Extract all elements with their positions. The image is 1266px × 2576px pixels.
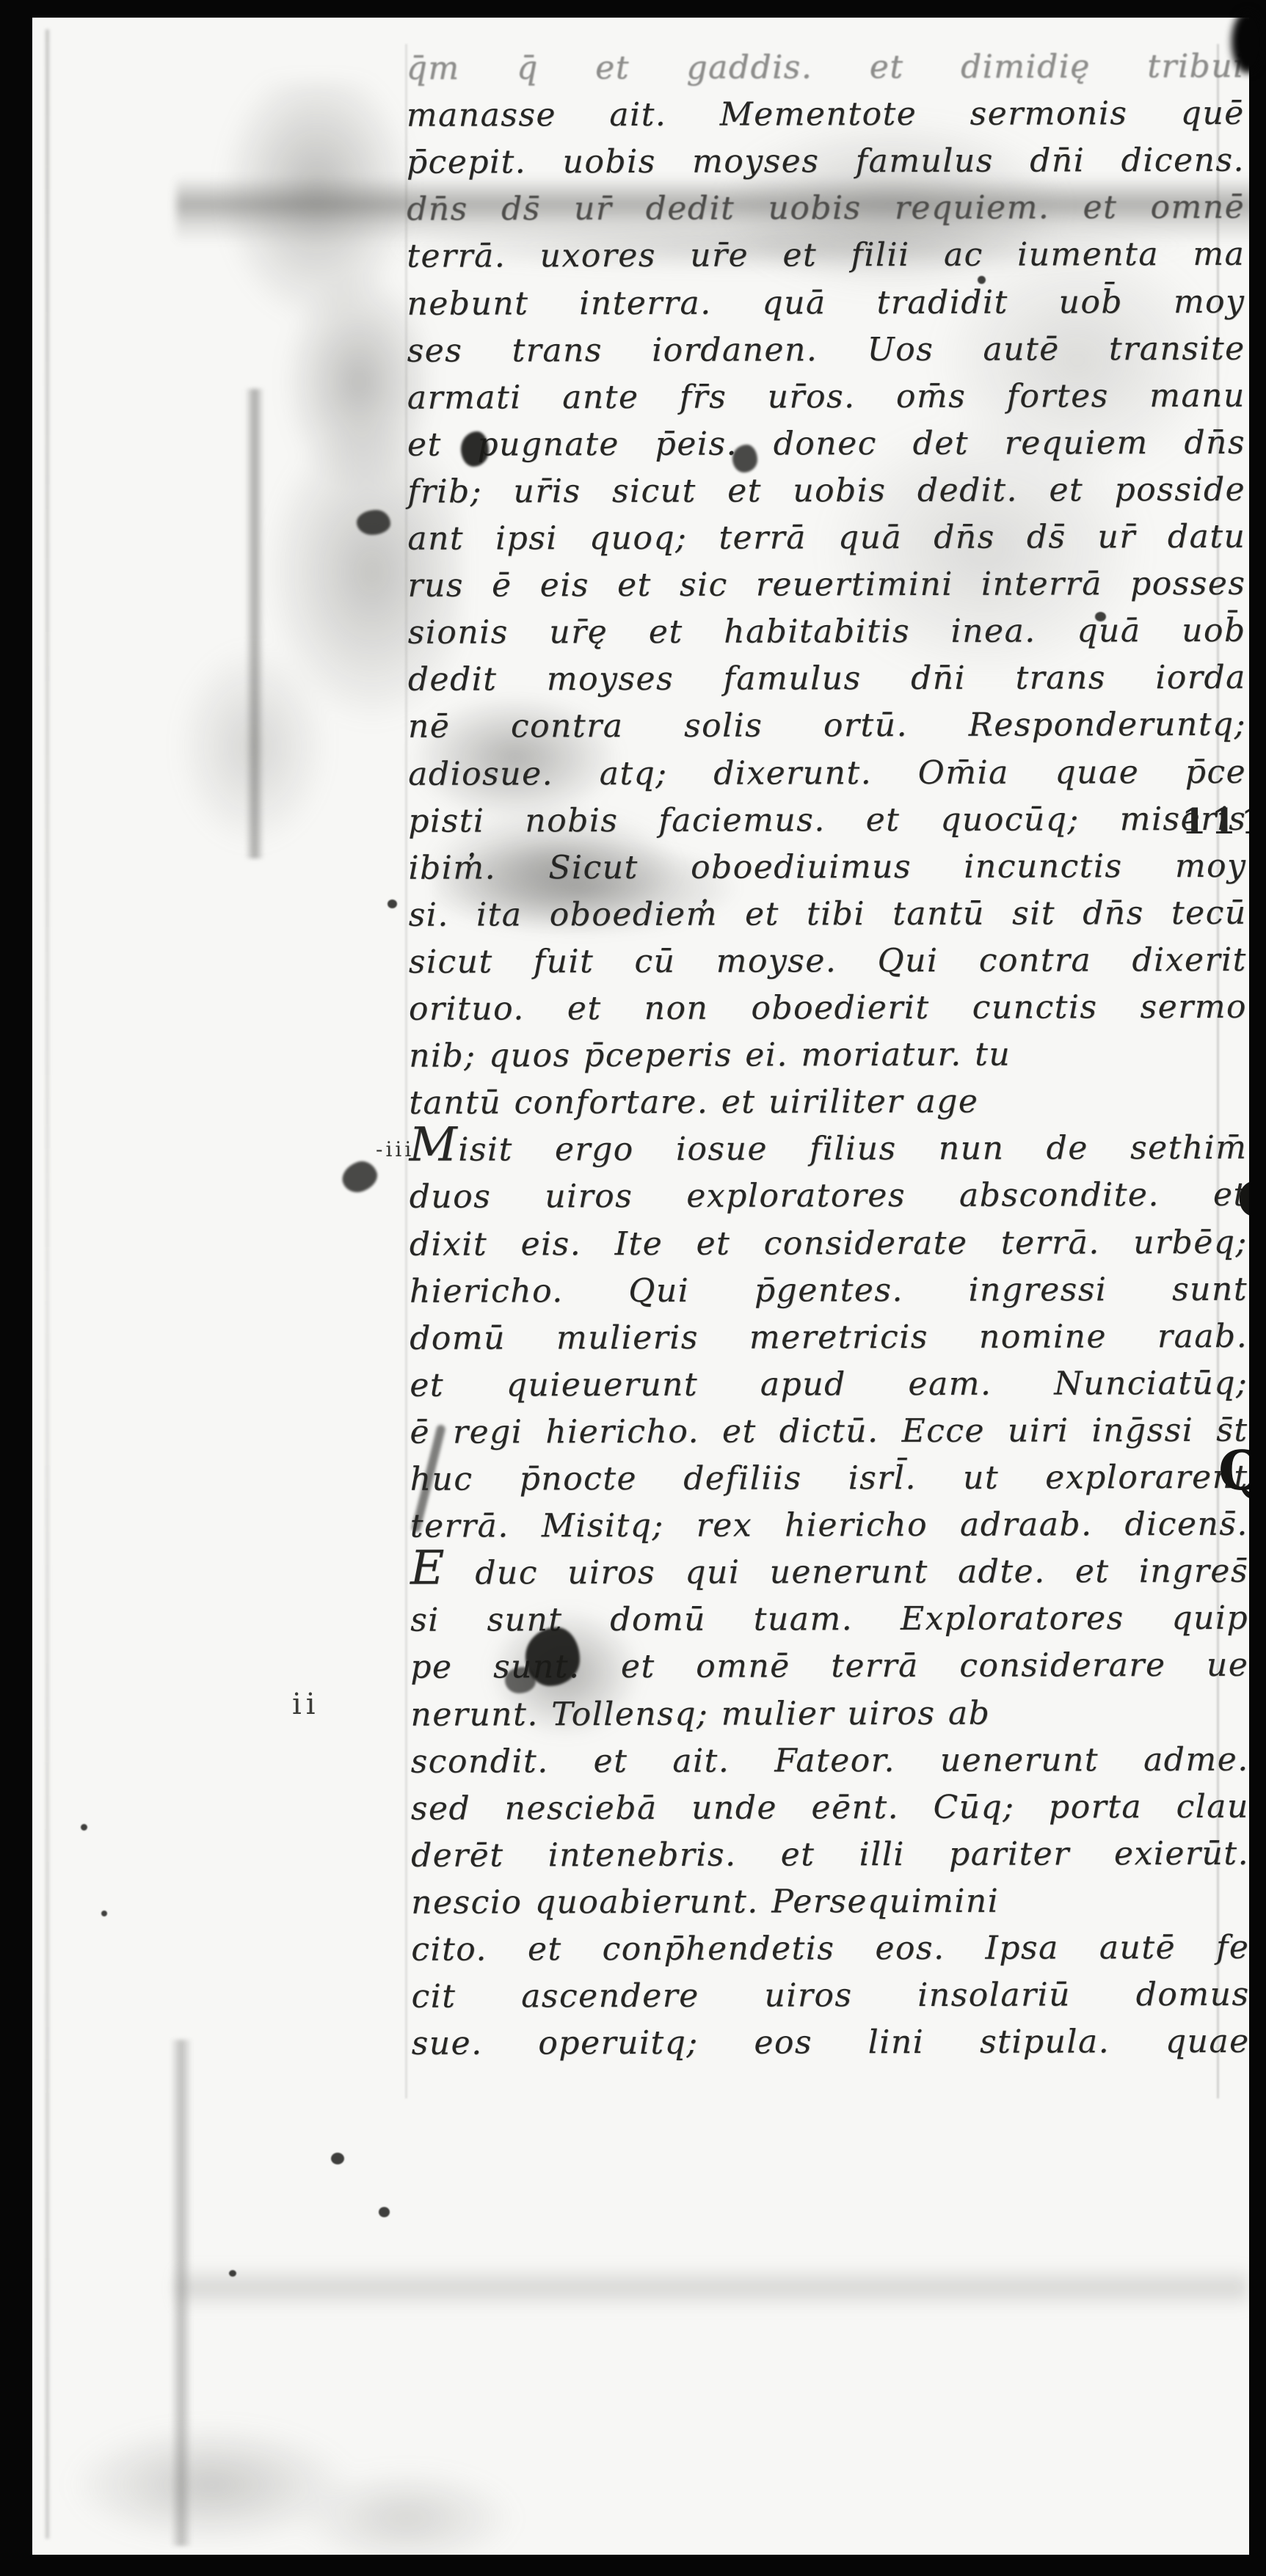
text-line: frib; ur̄is sicut et uobis dedit. et pos…	[407, 469, 1245, 515]
text-line: armati ante fr̄s ur̄os. om̄s fortes manu	[407, 374, 1245, 420]
manuscript-scan: q̄m q̄ et gaddis. et dimidię tribuimanas…	[0, 0, 1266, 2576]
scan-border-bottom	[0, 2555, 1266, 2576]
text-block: q̄m q̄ et gaddis. et dimidię tribuimanas…	[0, 0, 1266, 2576]
text-line: E duc uiros qui uenerunt adte. et ingres…	[410, 1550, 1248, 1597]
text-line: dedit moyses famulus dn̄i trans iorda	[408, 657, 1246, 703]
text-line: et quieuerunt apud eam. Nunciatūq;	[410, 1362, 1248, 1409]
text-line: si. ita oboediem̓ et tibi tantū sit dn̄s…	[409, 892, 1247, 938]
text-line: adiosue. atq; dixerunt. Om̄ia quae p̄ce	[408, 751, 1246, 797]
text-line: sicut fuit cū moyse. Qui contra dixerit	[409, 939, 1247, 985]
ink-blot	[461, 431, 489, 467]
text-line: scondit. et ait. Fateor. uenerunt adme.	[411, 1738, 1249, 1784]
text-line: cito. et conp̄hendetis eos. Ipsa autē fe	[411, 1927, 1249, 1973]
text-line: rus ē eis et sic reuertimini interrā pos…	[407, 563, 1245, 609]
text-line: q̄m q̄ et gaddis. et dimidię tribui	[407, 45, 1245, 92]
ink-speck	[978, 276, 986, 284]
ink-speck	[81, 1824, 87, 1831]
text-line: nib; quos p̄ceperis ei. moriatur. tu	[409, 1033, 1247, 1079]
ink-speck	[388, 900, 397, 908]
parchment-page: q̄m q̄ et gaddis. et dimidię tribuimanas…	[0, 0, 1266, 2576]
text-line: nerunt. Tollensq; mulier uiros ab	[410, 1691, 1248, 1737]
left-margin-numeral: ii	[292, 1687, 320, 1721]
ink-blot	[357, 510, 390, 535]
text-line: cit ascendere uiros insolariū domus	[411, 1974, 1249, 2020]
text-line: nē contra solis ortū. Responderuntq;	[408, 704, 1246, 750]
text-line: et pugnate p̄eis. donec det requiem dn̄s	[407, 422, 1245, 468]
text-line: ses trans iordanen. Uos autē transite	[407, 327, 1245, 373]
text-line: Misit ergo iosue filius nun de sethim̄	[409, 1127, 1247, 1173]
ink-speck	[1095, 612, 1106, 621]
scan-border-left	[0, 0, 32, 2576]
ink-speck	[331, 2153, 344, 2164]
text-line: nescio quoabierunt. Persequimini	[411, 1880, 1249, 1926]
text-line: p̄cepit. uobis moyses famulus dn̄i dicen…	[407, 139, 1245, 186]
text-line: sue. operuitq; eos lini stipula. quae	[412, 2021, 1250, 2067]
text-line: manasse ait. Mementote sermonis quē	[407, 92, 1245, 139]
ink-blot	[505, 1667, 536, 1693]
scan-corner-shadow	[1232, 10, 1264, 73]
ink-speck	[101, 1911, 107, 1916]
text-line: pisti nobis faciemus. et quocūq; miseris	[408, 798, 1246, 844]
text-line: dn̄s ds̄ ur̄ dedit uobis requiem. et omn…	[407, 186, 1245, 233]
text-line: terrā. Misitq; rex hiericho adraab. dice…	[410, 1503, 1248, 1550]
text-line: ant ipsi quoq; terrā quā dn̄s ds̄ ur̄ da…	[407, 516, 1245, 562]
ink-speck	[379, 2207, 390, 2217]
chapter-margin-mark: -iii	[376, 1137, 414, 1161]
text-line: nebunt interra. quā tradidit uob̄ moy	[407, 280, 1245, 326]
text-line: ibim̓. Sicut oboediuimus incunctis moy	[408, 844, 1246, 891]
text-line: duos uiros exploratores abscondite. et	[410, 1174, 1248, 1220]
ink-speck	[229, 2270, 236, 2277]
text-line: sionis ur̄ę et habitabitis inea. quā uob…	[408, 610, 1246, 656]
text-line: sed nesciebā unde eēnt. Cūq; porta clau	[411, 1785, 1249, 1831]
text-line: dixit eis. Ite et considerate terrā. urb…	[410, 1221, 1248, 1267]
text-line: huc p̄nocte defiliis isrl̄. ut explorare…	[410, 1456, 1248, 1503]
scan-border-top	[0, 0, 1266, 18]
text-line: hiericho. Qui p̄gentes. ingressi sunt	[410, 1268, 1248, 1314]
text-line: terrā. uxores ur̄e et filii ac iumenta m…	[407, 233, 1245, 280]
text-line: orituo. et non oboedierit cunctis sermo	[409, 986, 1247, 1032]
text-line: derēt intenebris. et illi pariter exierū…	[411, 1833, 1249, 1879]
ink-blot	[732, 445, 757, 472]
scan-border-right	[1249, 0, 1266, 2576]
text-line: domū mulieris meretricis nomine raab.	[410, 1315, 1248, 1361]
text-line: tantū confortare. et uiriliter age	[409, 1080, 1247, 1126]
text-line: ē regi hiericho. et dictū. Ecce uiri inḡ…	[410, 1409, 1248, 1456]
